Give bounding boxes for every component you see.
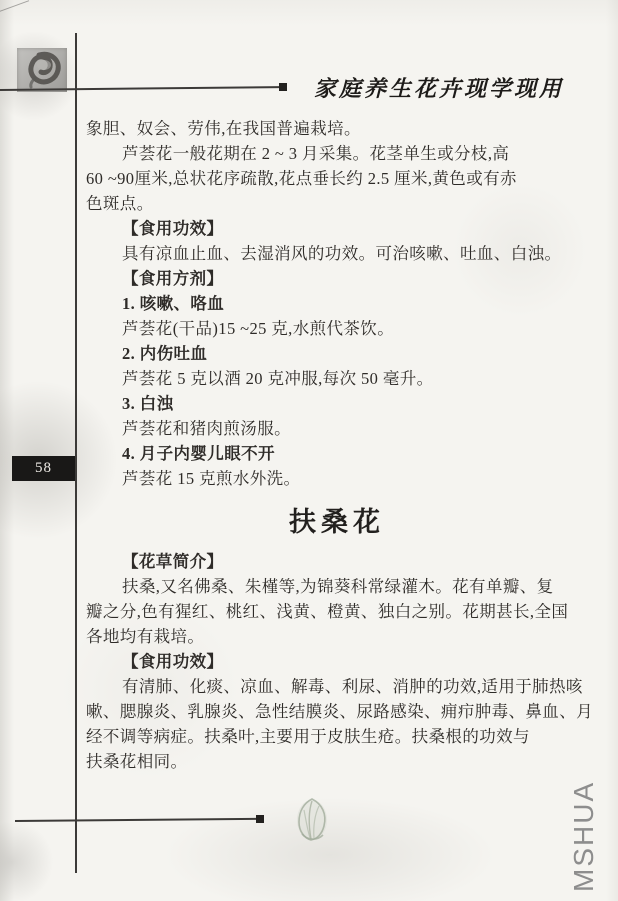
page-border-vertical-rule	[75, 33, 77, 873]
running-head-title: 家庭养生花卉现学现用	[314, 72, 564, 103]
text-line: 【食用功效】	[86, 216, 588, 241]
body-text-column: 象胆、奴会、劳伟,在我国普遍栽培。芦荟花一般花期在 2 ~ 3 月采集。花茎单生…	[86, 116, 588, 774]
scanned-book-page: 家庭养生花卉现学现用 58 象胆、奴会、劳伟,在我国普遍栽培。芦荟花一般花期在 …	[0, 0, 618, 901]
section-heading: 扶桑花	[86, 505, 588, 539]
text-line: 2. 内伤吐血	[86, 341, 588, 366]
text-line: 嗽、腮腺炎、乳腺炎、急性结膜炎、尿路感染、痈疖肿毒、鼻血、月	[86, 699, 588, 724]
text-line: 芦荟花 5 克以酒 20 克冲服,每次 50 毫升。	[86, 366, 588, 391]
text-line: 各地均有栽培。	[86, 624, 588, 649]
text-line: 扶桑花相同。	[86, 749, 588, 774]
flower-bud-icon	[292, 794, 332, 848]
footer-bullet-square-icon	[256, 815, 264, 823]
scan-artifact-line	[0, 0, 29, 13]
text-line: 芦荟花和猪肉煎汤服。	[86, 416, 588, 441]
text-line: 色斑点。	[86, 191, 588, 216]
text-line: 4. 月子内婴儿眼不开	[86, 441, 588, 466]
text-line: 经不调等病症。扶桑叶,主要用于皮肤生疮。扶桑根的功效与	[86, 724, 588, 749]
text-line: 芦荟花(干品)15 ~25 克,水煎代茶饮。	[86, 316, 588, 341]
text-line: 象胆、奴会、劳伟,在我国普遍栽培。	[86, 116, 588, 141]
text-line: 芦荟花一般花期在 2 ~ 3 月采集。花茎单生或分枝,高	[86, 141, 588, 166]
page-number: 58	[35, 460, 52, 476]
text-line: 3. 白浊	[86, 391, 588, 416]
text-line: 【食用方剂】	[86, 266, 588, 291]
text-line: 有清肺、化痰、凉血、解毒、利尿、消肿的功效,适用于肺热咳	[86, 674, 588, 699]
text-line: 【食用功效】	[86, 649, 588, 674]
text-line: 扶桑,又名佛桑、朱槿等,为锦葵科常绿灌木。花有单瓣、复	[86, 574, 588, 599]
page-number-tab: 58	[12, 456, 75, 481]
text-line: 1. 咳嗽、咯血	[86, 291, 588, 316]
header-bullet-square-icon	[279, 83, 287, 91]
footer-rule	[15, 818, 259, 822]
text-line: 60 ~90厘米,总状花序疏散,花点垂长约 2.5 厘米,黄色或有赤	[86, 166, 588, 191]
leaf-ornament-icon	[17, 48, 67, 92]
watermark-text: MSHUA	[568, 781, 600, 892]
text-line: 芦荟花 15 克煎水外洗。	[86, 466, 588, 491]
text-line: 瓣之分,色有猩红、桃红、浅黄、橙黄、独白之别。花期甚长,全国	[86, 599, 588, 624]
text-line: 【花草简介】	[86, 549, 588, 574]
text-line: 具有凉血止血、去湿消风的功效。可治咳嗽、吐血、白浊。	[86, 241, 588, 266]
